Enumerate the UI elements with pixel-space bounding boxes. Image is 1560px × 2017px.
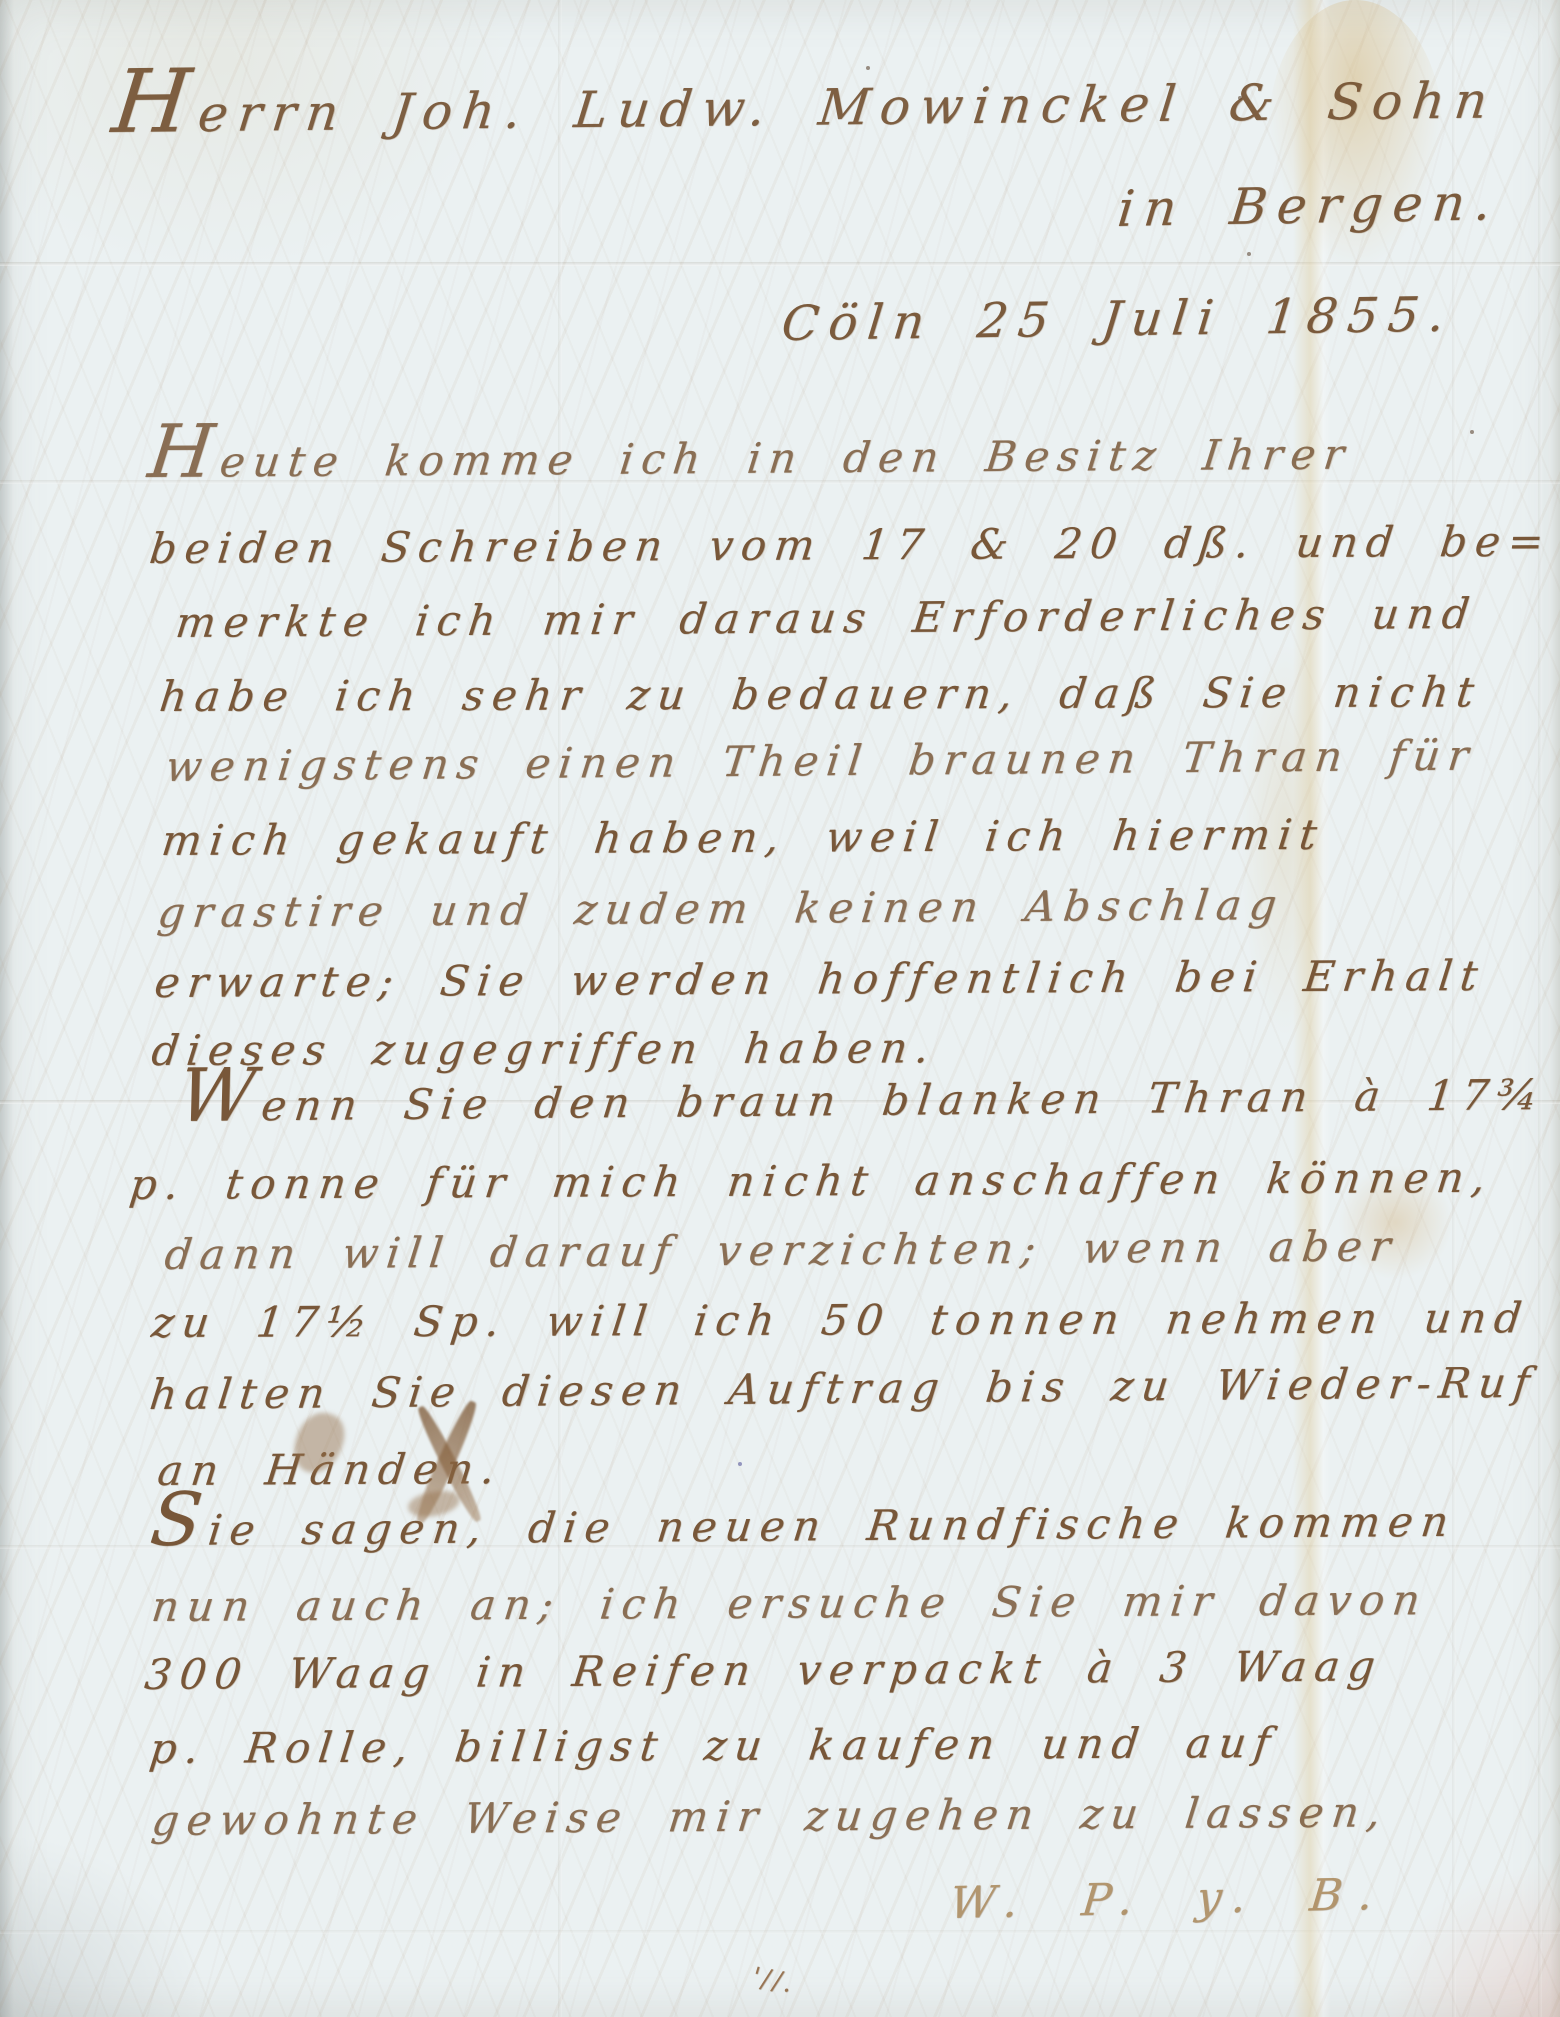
body-line: p. tonne für mich nicht anschaffen könne… [127,1153,1496,1209]
body-line: Heute komme ich in den Besitz Ihrer [145,430,1354,487]
paper-speck [1470,430,1474,434]
paper-speck [866,66,870,70]
body-line: merkte ich mir daraus Erforderliches und [173,589,1480,647]
body-line: zu 17½ Sp. will ich 50 tonnen nehmen und [149,1293,1532,1347]
body-line: p. Rolle, billigst zu kaufen und auf [147,1718,1281,1773]
body-line: erwarte; Sie werden hoffentlich bei Erha… [152,951,1488,1007]
body-line: Sie sagen, die neuen Rundfische kommen [147,1497,1459,1555]
body-line: dieses zugegriffen haben. [149,1023,940,1075]
body-line: nun auch an; ich ersuche Sie mir davon [149,1575,1430,1631]
body-line: gewohnte Weise mir zugehen zu lassen, [149,1787,1391,1845]
place-date-line: Cöln 25 Juli 1855. [779,287,1457,352]
fold-crease-vertical [1538,0,1542,2017]
body-line: dann will darauf verzichten; wenn aber [162,1221,1401,1279]
body-line: halten Sie diesen Auftrag bis zu Wieder-… [147,1358,1540,1419]
recipient-line-2: in Bergen. [1115,173,1504,238]
letter-scan-page: Herrn Joh. Ludw. Mowinckel & Sohn in Ber… [0,0,1560,2017]
signature: W. P. y. B. [947,1869,1391,1929]
fold-crease-vertical [558,0,562,2017]
body-line: habe ich sehr zu bedauern, daß Sie nicht [157,667,1484,721]
body-line: mich gekauft haben, weil ich hiermit [159,810,1327,865]
paper-speck [1247,252,1251,256]
body-line: 300 Waag in Reifen verpackt à 3 Waag [142,1641,1385,1699]
page-mark: '//. [748,1962,800,1999]
body-line: beiden Schreiben vom 17 & 20 dß. und be= [147,517,1554,573]
paper-speck [738,1462,742,1466]
body-line: Wenn Sie den braun blanken Thran à 17¾ S… [175,1069,1560,1131]
body-line: grastire und zudem keinen Abschlag [155,880,1287,937]
